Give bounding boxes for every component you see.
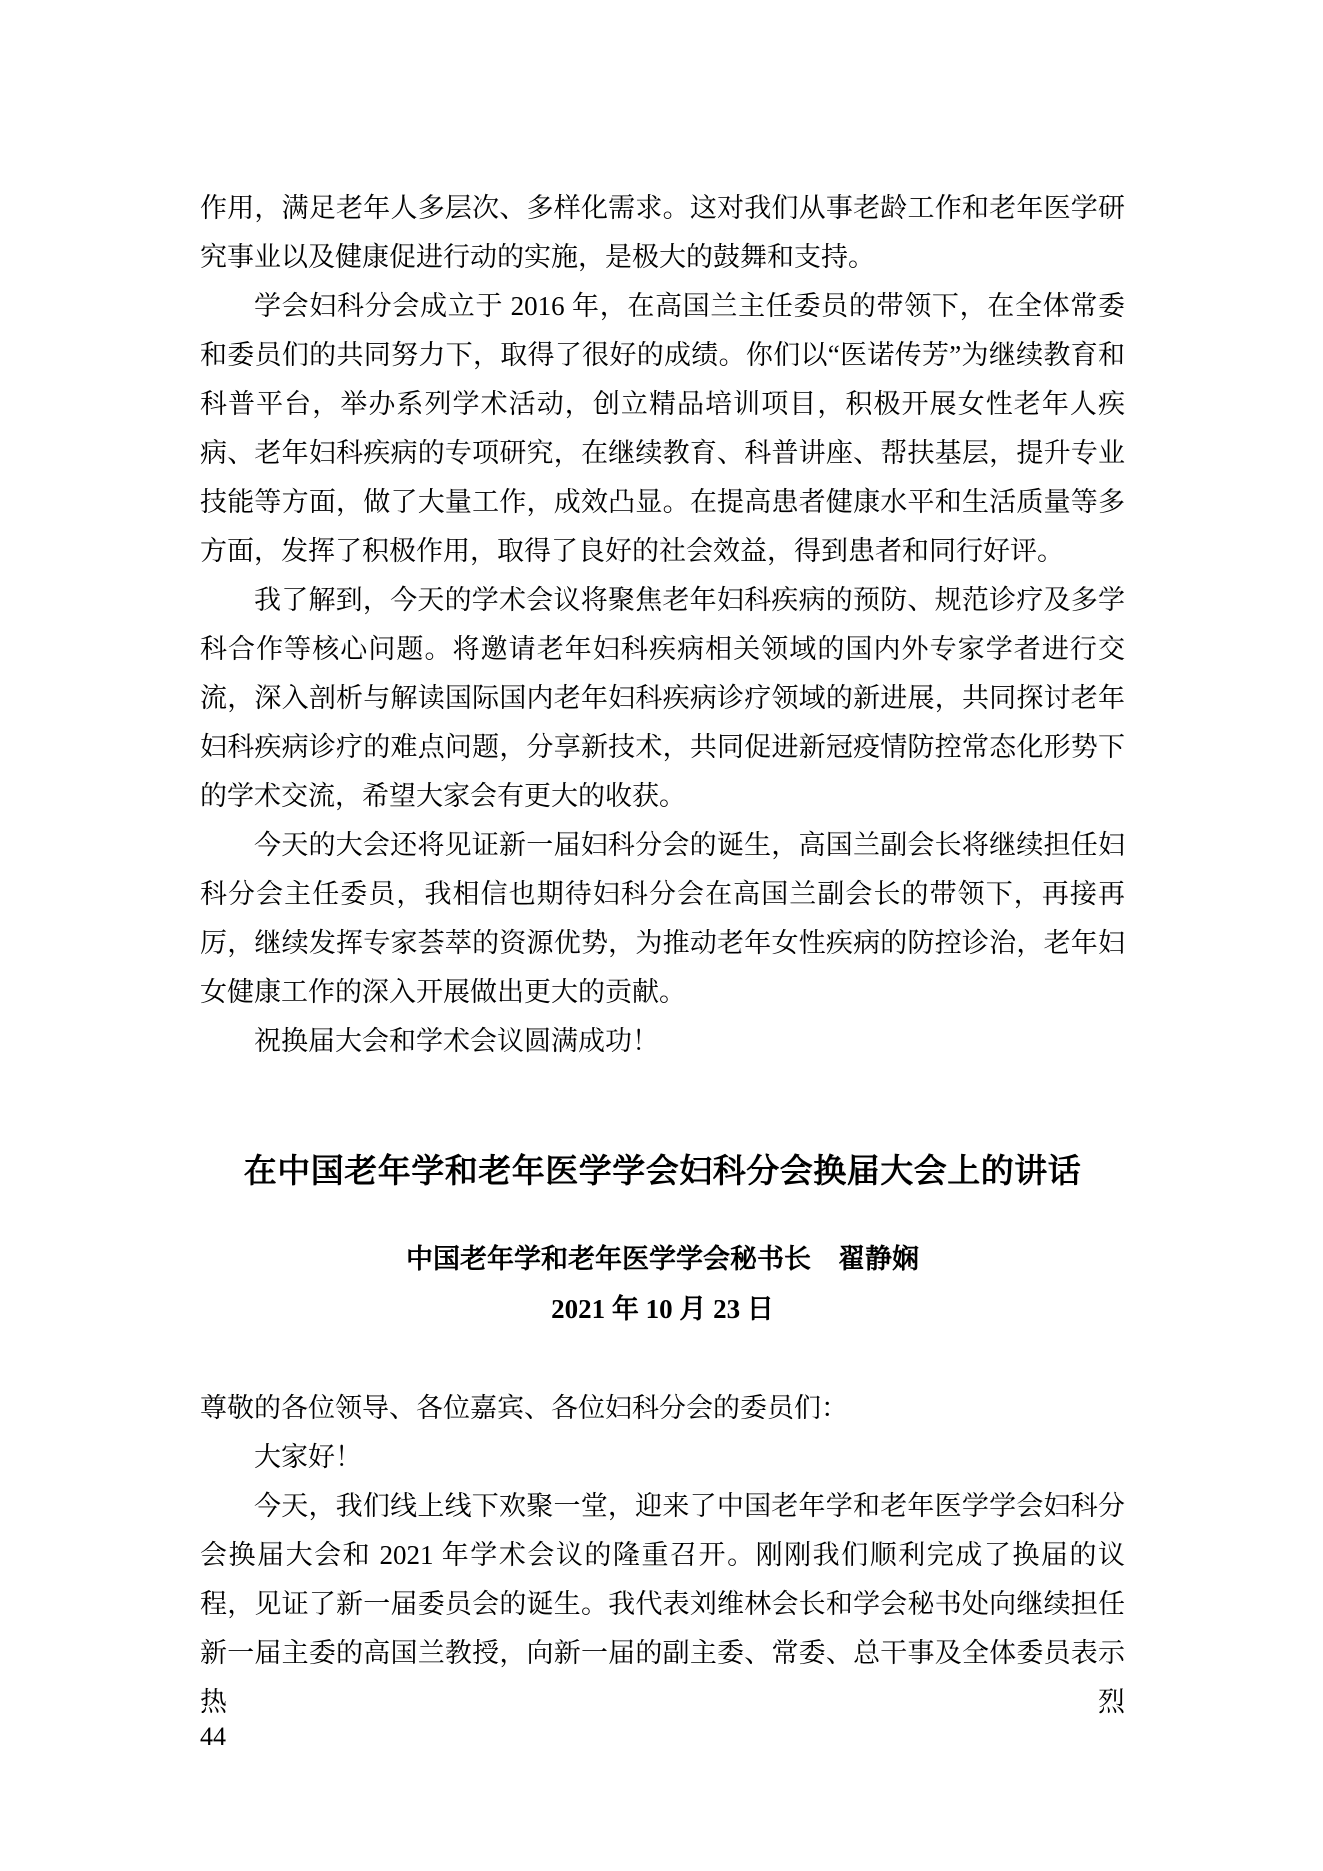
salutation: 尊敬的各位领导、各位嘉宾、各位妇科分会的委员们：	[200, 1384, 1125, 1433]
paragraph: 我了解到，今天的学术会议将聚焦老年妇科疾病的预防、规范诊疗及多学科合作等核心问题…	[200, 576, 1125, 821]
speech-section: 在中国老年学和老年医学学会妇科分会换届大会上的讲话 中国老年学和老年医学学会秘书…	[200, 1150, 1125, 1727]
paragraph: 今天，我们线上线下欢聚一堂，迎来了中国老年学和老年医学学会妇科分会换届大会和 2…	[200, 1482, 1125, 1727]
page-number: 44	[200, 1722, 226, 1752]
page-content: 作用，满足老年人多层次、多样化需求。这对我们从事老龄工作和老年医学研究事业以及健…	[200, 184, 1125, 1727]
speech-opening: 尊敬的各位领导、各位嘉宾、各位妇科分会的委员们： 大家好！ 今天，我们线上线下欢…	[200, 1384, 1125, 1727]
document-page: 作用，满足老年人多层次、多样化需求。这对我们从事老龄工作和老年医学研究事业以及健…	[0, 0, 1323, 1871]
speech-title: 在中国老年学和老年医学学会妇科分会换届大会上的讲话	[200, 1150, 1125, 1194]
paragraph: 作用，满足老年人多层次、多样化需求。这对我们从事老龄工作和老年医学研究事业以及健…	[200, 184, 1125, 282]
paragraph: 学会妇科分会成立于 2016 年，在高国兰主任委员的带领下，在全体常委和委员们的…	[200, 282, 1125, 576]
paragraph: 祝换届大会和学术会议圆满成功！	[200, 1017, 1125, 1066]
greeting: 大家好！	[200, 1433, 1125, 1482]
speech-conclusion-section: 作用，满足老年人多层次、多样化需求。这对我们从事老龄工作和老年医学研究事业以及健…	[200, 184, 1125, 1066]
speech-byline: 中国老年学和老年医学学会秘书长 翟静娴 2021 年 10 月 23 日	[200, 1234, 1125, 1334]
speech-author: 中国老年学和老年医学学会秘书长 翟静娴	[200, 1234, 1125, 1284]
speech-date: 2021 年 10 月 23 日	[200, 1284, 1125, 1334]
paragraph: 今天的大会还将见证新一届妇科分会的诞生，高国兰副会长将继续担任妇科分会主任委员，…	[200, 821, 1125, 1017]
